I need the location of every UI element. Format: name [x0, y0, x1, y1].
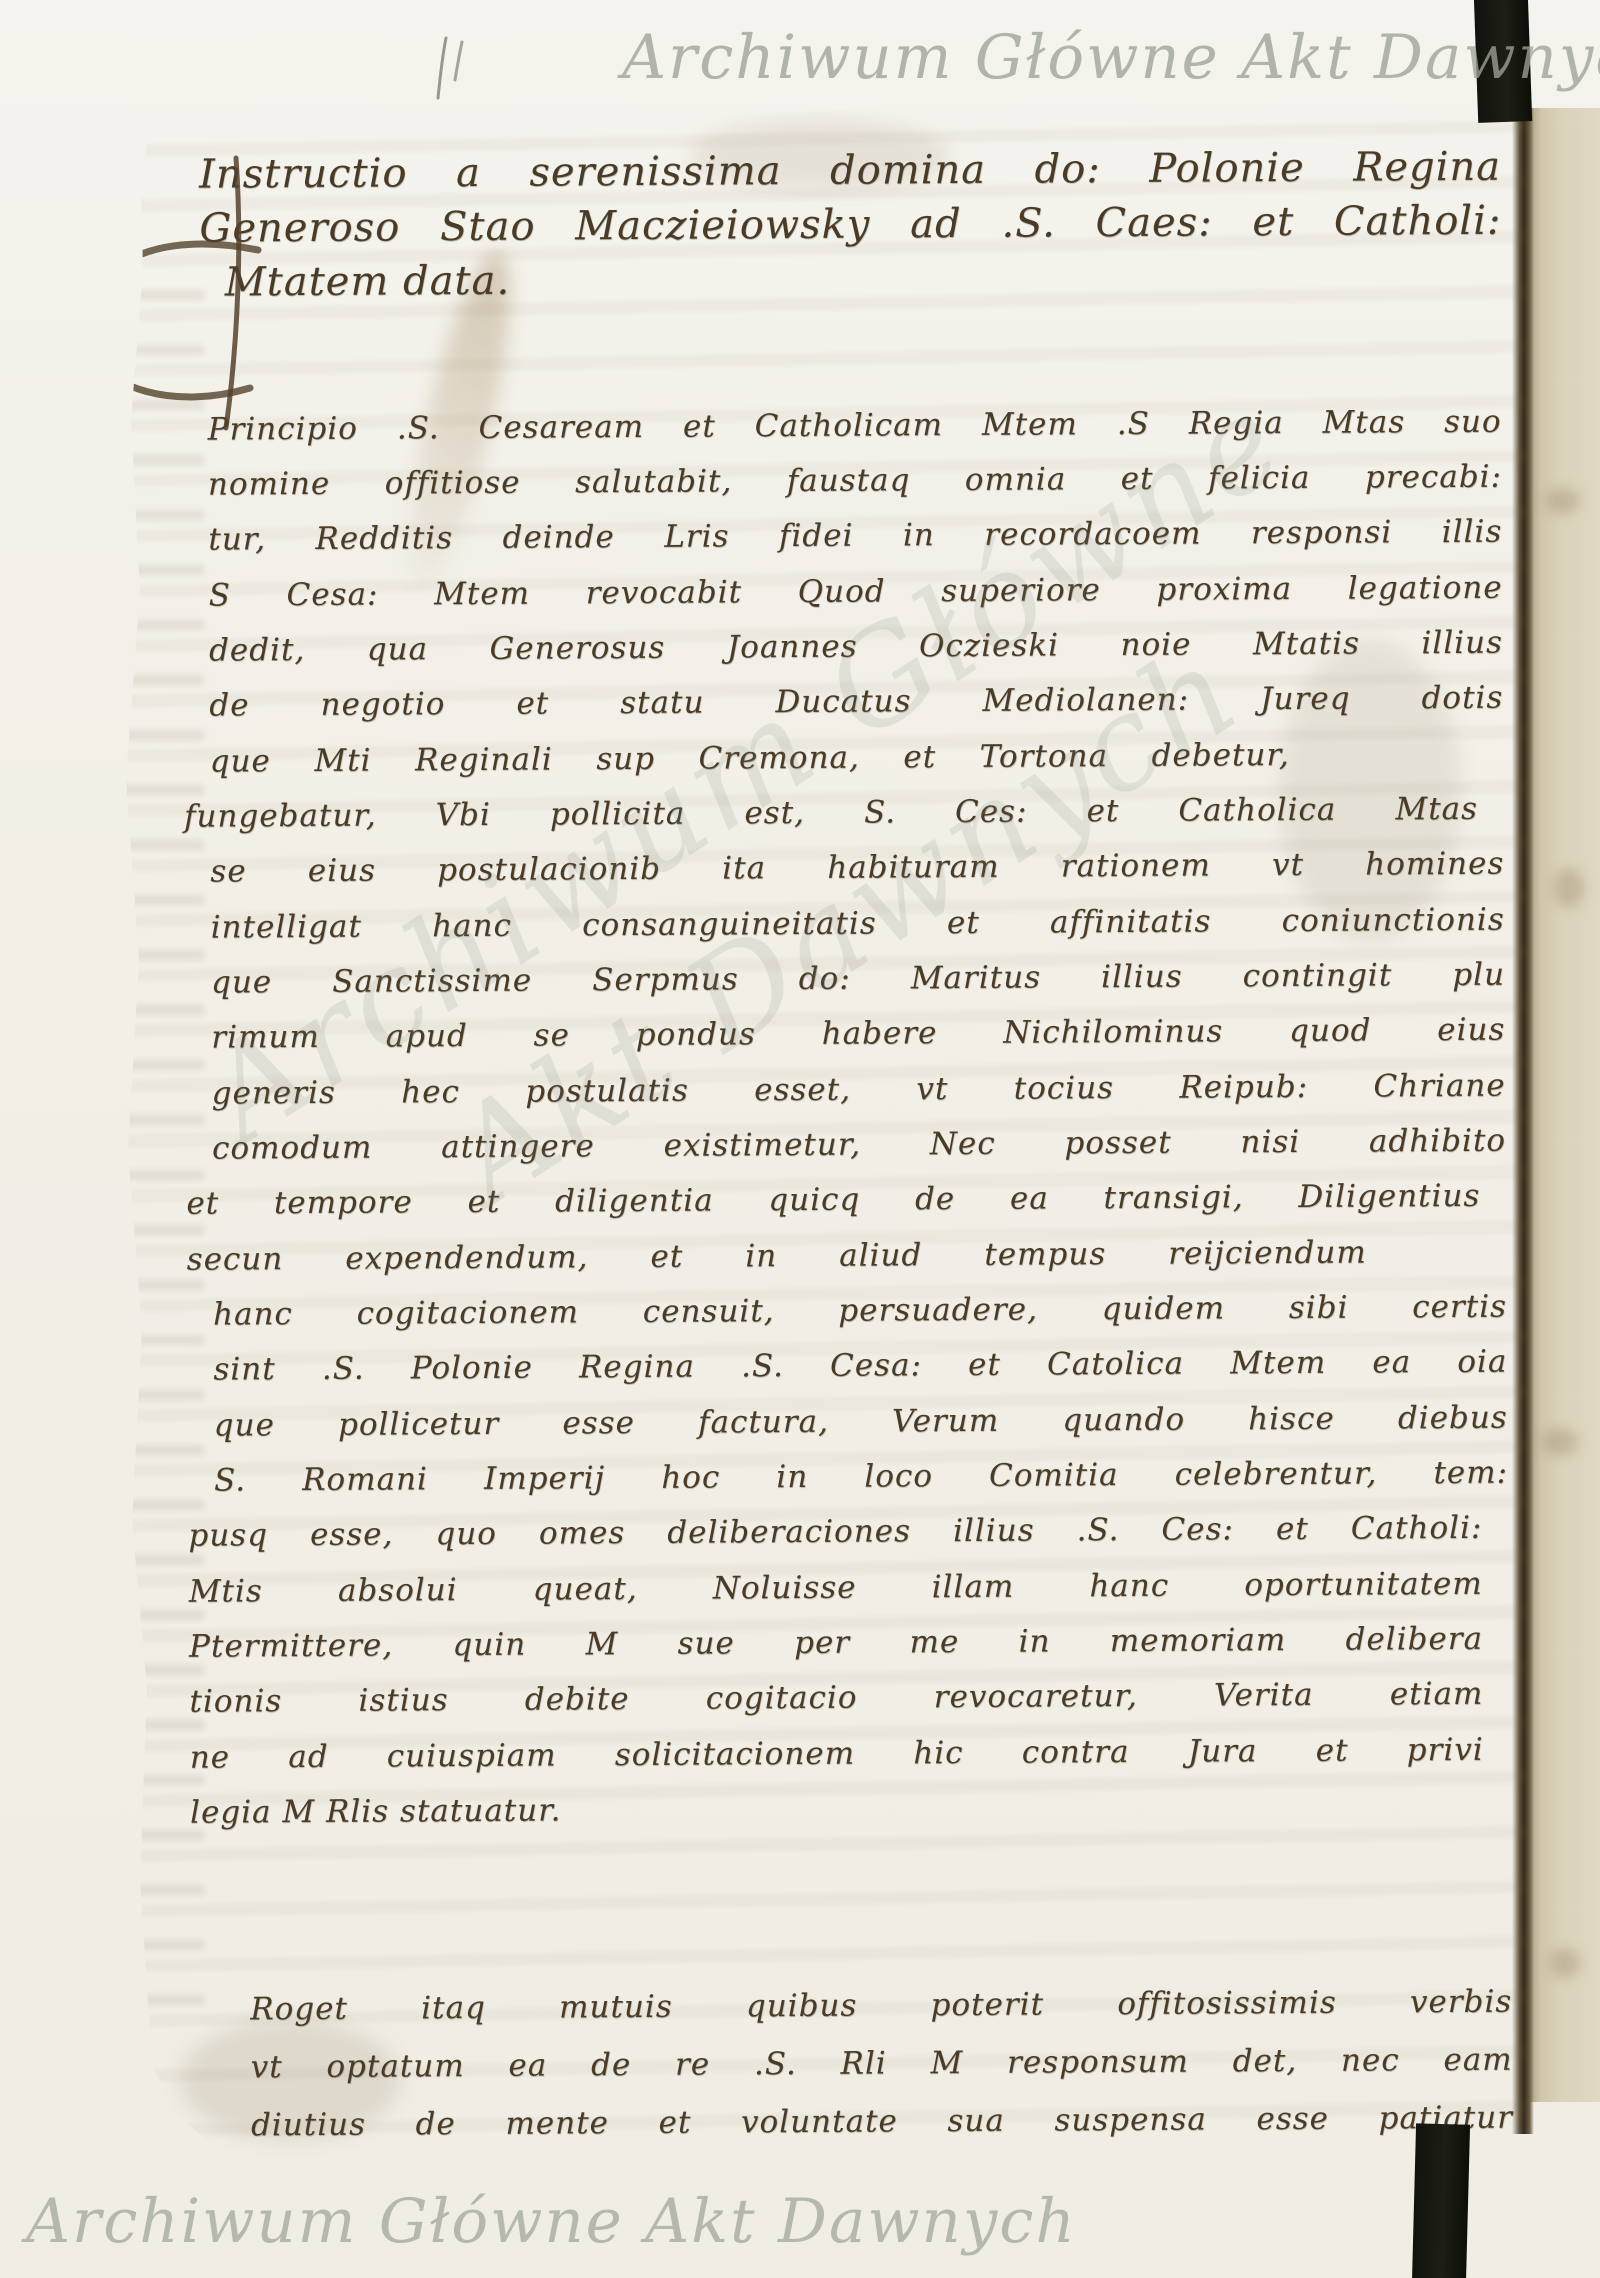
- closing-line: Roget itaq mutuis quibus poterit offitos…: [250, 1984, 1512, 2028]
- margin-mark: [428, 28, 488, 108]
- binding-tape-bottom: [1412, 2123, 1470, 2278]
- archive-watermark-bottom: Archiwum Główne Akt Dawnych: [26, 2186, 1077, 2257]
- closing-line: vt optatum ea de re .S. Rli M responsum …: [251, 2042, 1513, 2086]
- closing-line: diutius de mente et voluntate sua suspen…: [251, 2100, 1513, 2144]
- bleedthrough-smudge: [1542, 1428, 1578, 1456]
- binding-tape-top: [1474, 0, 1532, 123]
- bleedthrough-smudge: [1546, 488, 1580, 514]
- adjacent-page-edge: [1528, 108, 1600, 2102]
- archive-watermark-top: Archiwum Główne Akt Dawnych: [622, 22, 1600, 93]
- bleedthrough-smudge: [1550, 1948, 1580, 1978]
- archive-scan: Archiwum Główne Akt Dawnych Instructio a…: [0, 0, 1600, 2278]
- initial-flourish: [58, 132, 288, 452]
- bleedthrough-smudge: [1554, 868, 1584, 908]
- manuscript-page: Archiwum Główne Akt Dawnych Instructio a…: [0, 0, 1600, 2278]
